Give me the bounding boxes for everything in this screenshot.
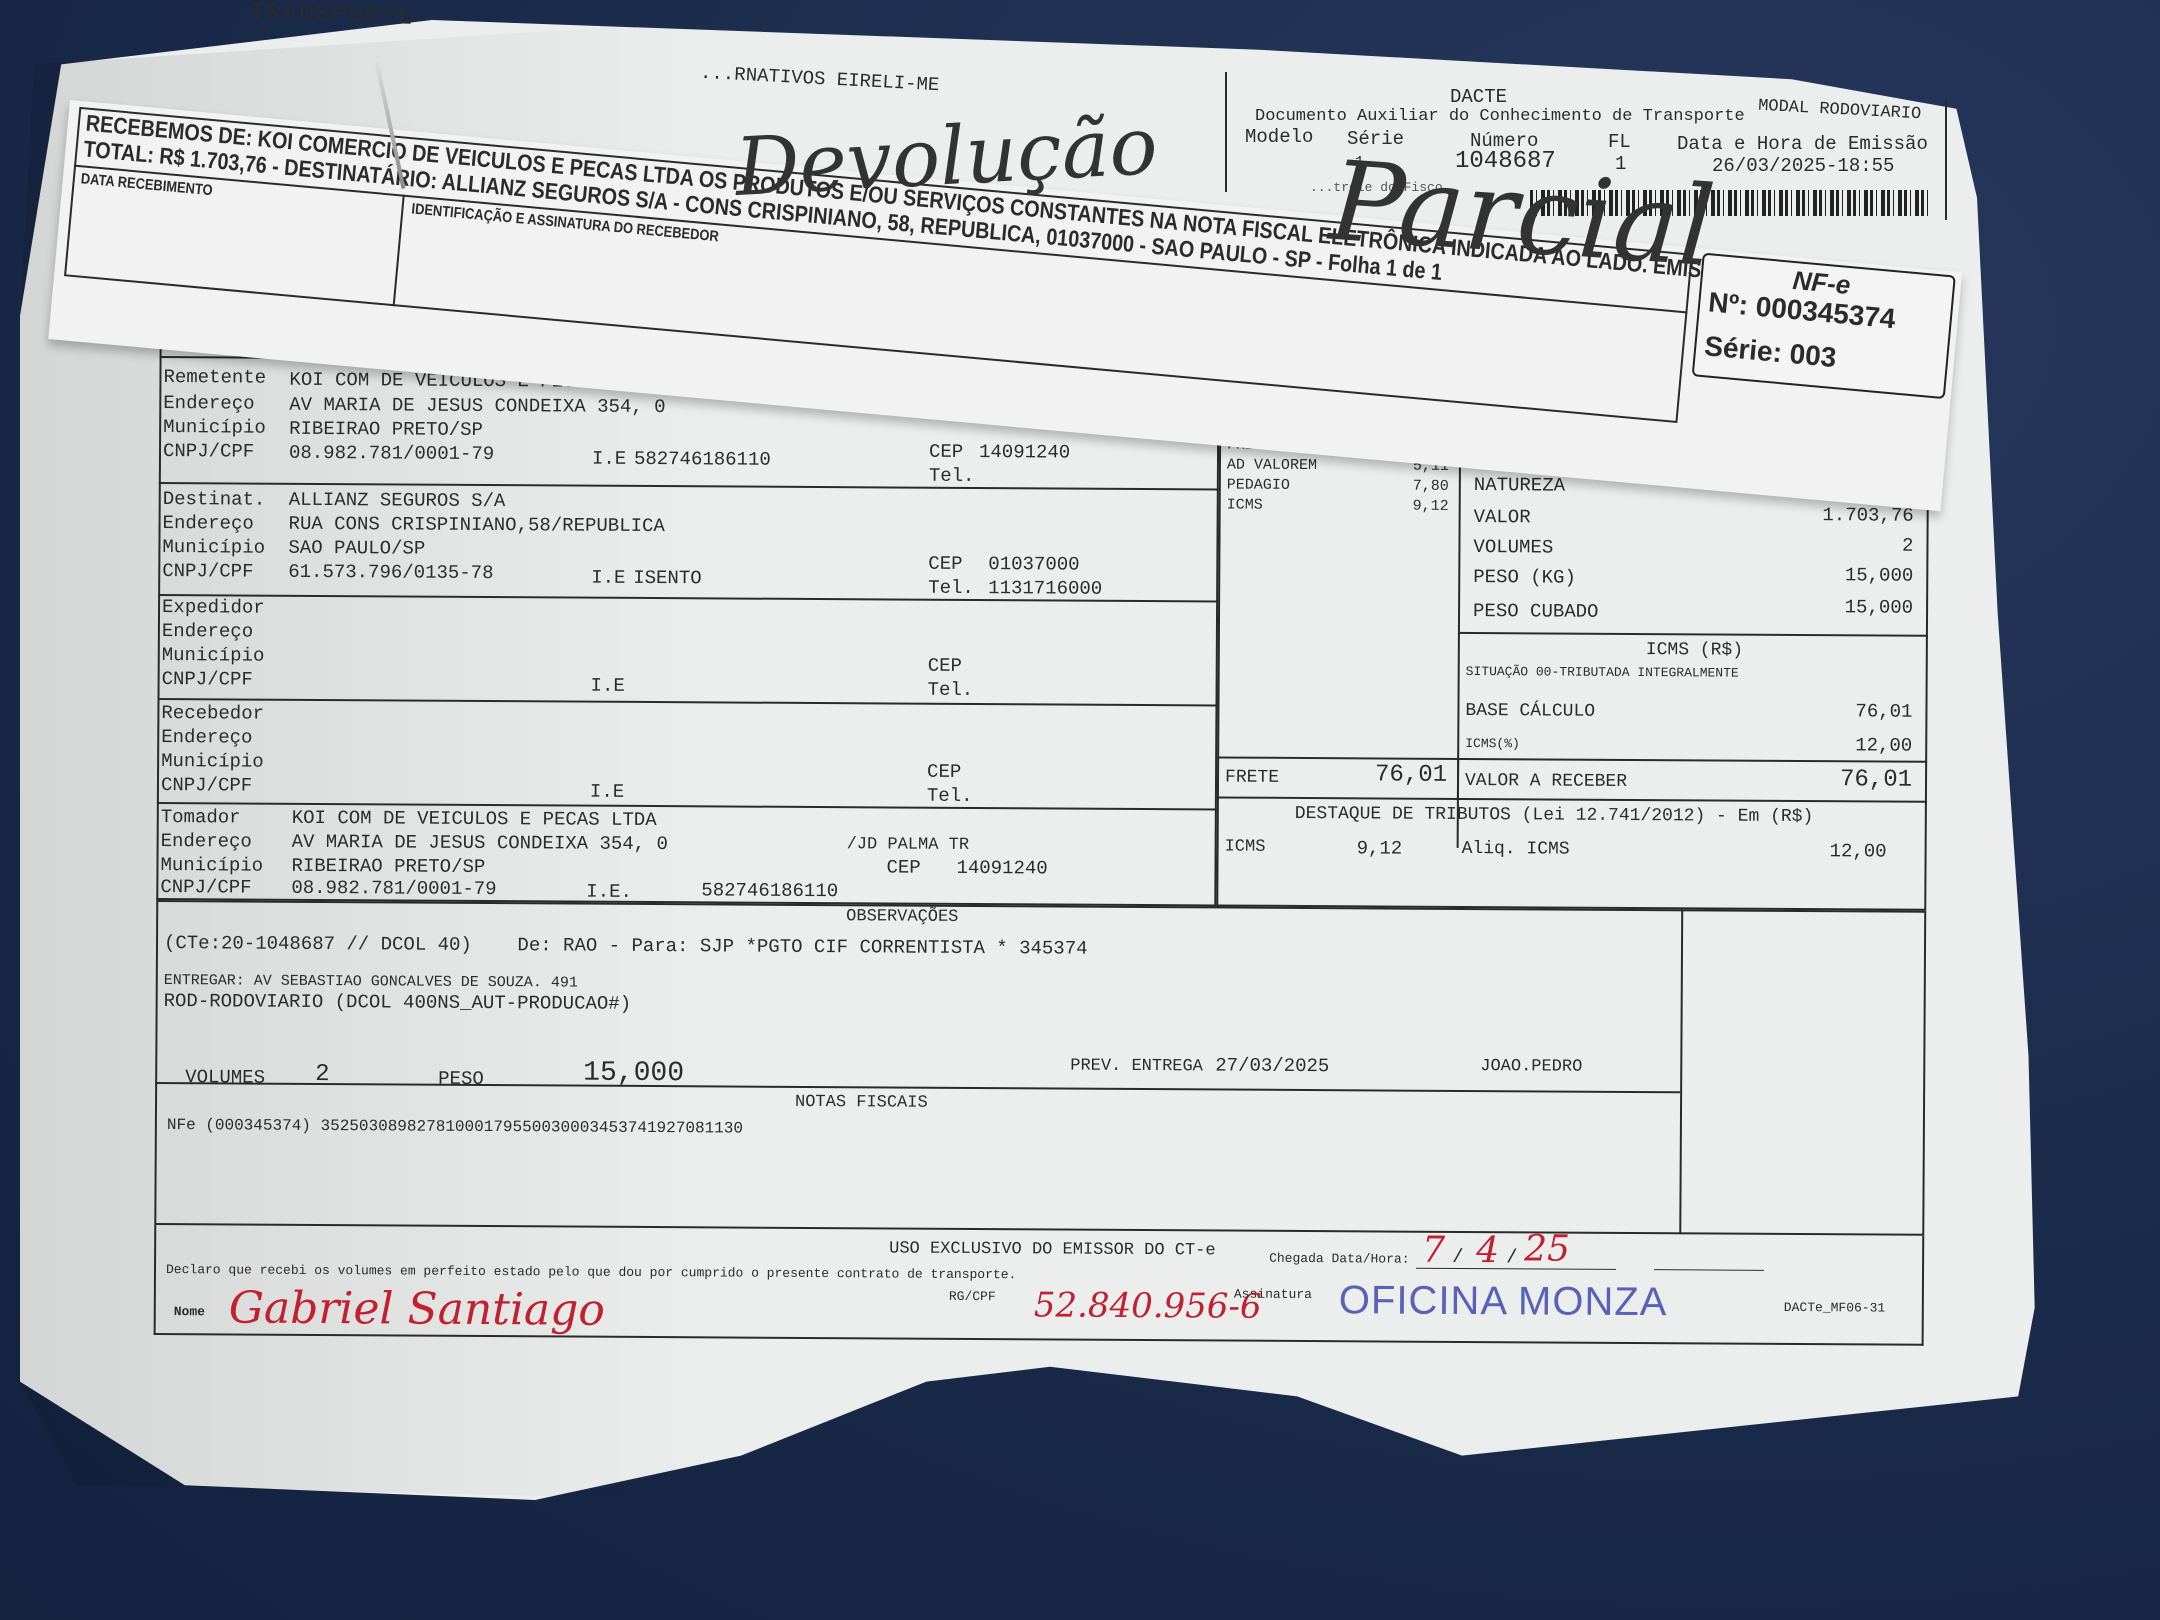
valor-receber-value: 76,01: [1757, 766, 1912, 795]
fl-label: FL: [1608, 131, 1631, 153]
nfe-chave: NFe (000345374) 352503089827810001795500…: [167, 1116, 743, 1138]
tributos-icms-value: 9,12: [1357, 837, 1403, 859]
tomador-municipio: RIBEIRAO PRETO/SP: [291, 855, 485, 878]
prev-entrega-date: 27/03/2025: [1215, 1054, 1329, 1077]
chegada-dia: 7: [1422, 1230, 1445, 1271]
nfe-serie: Série: 003: [1703, 335, 1837, 369]
destinatario-cnpj: 61.573.796/0135-78: [288, 561, 493, 584]
tomador-cep: 14091240: [956, 857, 1047, 880]
modelo-label: Modelo: [1245, 126, 1313, 148]
recebedor-rg: 52.840.956-6: [1034, 1285, 1262, 1326]
icms-base-value: 76,01: [1757, 700, 1912, 723]
destinatario-endereco: RUA CONS CRISPINIANO,58/REPUBLICA: [289, 513, 665, 537]
obs-line-3: ROD-RODOVIARIO (DCOL 400NS_AUT-PRODUCAO#…: [164, 990, 632, 1015]
handwritten-parcial: Parcial: [1326, 137, 1719, 292]
dacte-subtitle: Documento Auxiliar do Conhecimento de Tr…: [1255, 108, 1745, 126]
tomador-cnpj: 08.982.781/0001-79: [291, 877, 496, 900]
oficina-monza-stamp: OFICINA MONZA: [1339, 1279, 1668, 1323]
nfe-numero: Nº: 000345374: [1707, 291, 1896, 330]
destinatario-municipio: SAO PAULO/SP: [288, 537, 425, 560]
tomador-ie: 582746186110: [701, 879, 838, 902]
form-code: DACTe_MF06-31: [1784, 1300, 1886, 1317]
destinatario-nome: ALLIANZ SEGUROS S/A: [289, 489, 506, 512]
destinatario-tel: 1131716000: [988, 577, 1102, 600]
operador: JOAO.PEDRO: [1480, 1058, 1582, 1077]
icms-aliq-value: 12,00: [1757, 734, 1912, 757]
destinatario-cep: 01037000: [988, 553, 1079, 576]
icms-situacao: SITUAÇÃO 00-TRIBUTADA INTEGRALMENTE: [1466, 664, 1739, 682]
chegada-ano: 25: [1524, 1228, 1570, 1269]
frete-total-value: 76,01: [1317, 761, 1447, 790]
emissao-value: 26/03/2025-18:55: [1712, 155, 1894, 177]
nfe-box: NF-e Nº: 000345374 Série: 003: [1692, 253, 1956, 400]
emissao-label: Data e Hora de Emissão: [1677, 133, 1928, 155]
transportadora-partial: TRANSPORTE: [250, 0, 415, 33]
tomador-nome: KOI COM DE VEICULOS E PECAS LTDA: [292, 807, 657, 831]
chegada-mes: 4: [1476, 1230, 1499, 1271]
tomador-bairro: /JD PALMA TR: [847, 836, 970, 855]
destinatario-ie: ISENTO: [633, 567, 702, 589]
tributos-aliq-value: 12,00: [1737, 840, 1887, 863]
tomador-endereco: AV MARIA DE JESUS CONDEIXA 354, 0: [292, 831, 668, 855]
recebedor-nome-signature: Gabriel Santiago: [229, 1282, 605, 1335]
dacte-title: DACTE: [1450, 86, 1507, 108]
